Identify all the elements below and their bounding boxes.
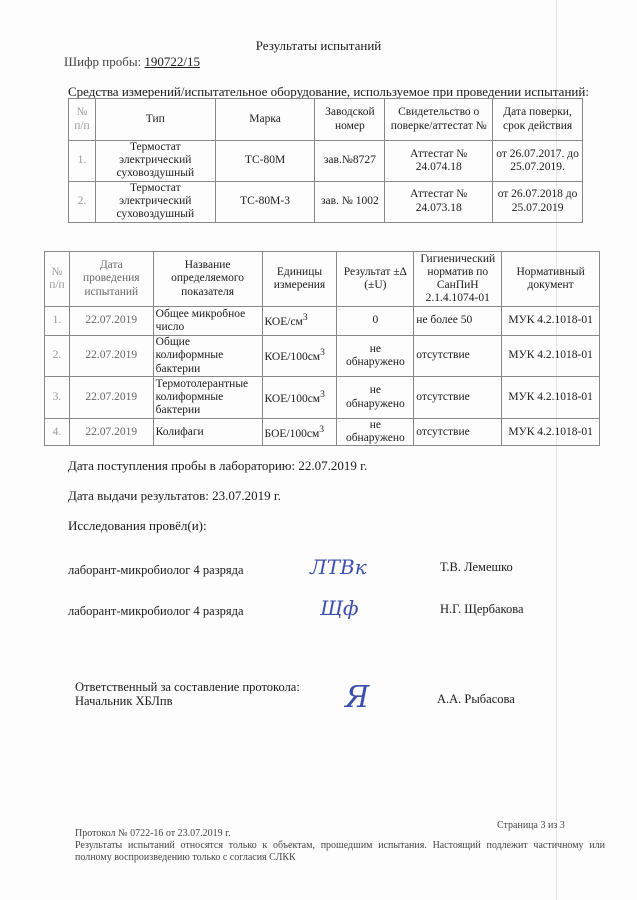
col-header: № п/п — [69, 99, 96, 141]
unit-text: БОЕ/100см — [265, 428, 320, 440]
cell-type: Термостат электрический суховоздушный — [95, 141, 215, 182]
page-number: Страница 3 из 3 — [497, 820, 565, 831]
cell-indicator: Термотолерантные колиформные бактерии — [153, 377, 262, 419]
issue-date: Дата выдачи результатов: 23.07.2019 г. — [68, 488, 281, 504]
equipment-table: № п/п Тип Марка Заводской номер Свидетел… — [68, 98, 583, 223]
protocol-number: Протокол № 0722-16 от 23.07.2019 г. — [75, 828, 231, 839]
cell-result: не обнаружено — [337, 336, 414, 377]
col-header: Заводской номер — [315, 99, 385, 141]
signatory-name: Н.Г. Щербакова — [440, 602, 524, 617]
table-row: 2. 22.07.2019 Общие колиформные бактерии… — [45, 336, 600, 377]
cell-date: 22.07.2019 — [69, 336, 153, 377]
cell-date: от 26.07.2017. до 25.07.2019. — [493, 141, 583, 182]
unit-text: КОЕ/100см — [265, 393, 321, 405]
cell-result: 0 — [337, 307, 414, 336]
cell-n: 2. — [45, 336, 70, 377]
col-header: Результат ±Δ (±U) — [337, 252, 414, 307]
document-title: Результаты испытаний — [0, 38, 637, 54]
cell-date: от 26.07.2018 до 25.07.2019 — [493, 181, 583, 222]
sample-cipher: Шифр пробы: 190722/15 — [64, 54, 200, 70]
results-header-row: № п/п Дата проведения испытаний Название… — [45, 252, 600, 307]
col-header: Единицы измерения — [262, 252, 337, 307]
table-row: 2. Термостат электрический суховоздушный… — [69, 181, 583, 222]
cell-brand: ТС-80М — [215, 141, 315, 182]
cell-n: 4. — [45, 419, 70, 446]
receipt-date: Дата поступления пробы в лабораторию: 22… — [68, 458, 367, 474]
cell-type: Термостат электрический суховоздушный — [95, 181, 215, 222]
cell-unit: КОЕ/см3 — [262, 307, 337, 336]
cell-brand: ТС-80М-3 — [215, 181, 315, 222]
cell-unit: БОЕ/100см3 — [262, 419, 337, 446]
responsible-name: А.А. Рыбасова — [437, 692, 515, 707]
cell-norm: не более 50 — [414, 307, 502, 336]
cell-n: 1. — [69, 141, 96, 182]
responsible-position: Начальник ХБЛпв — [75, 694, 173, 709]
col-header: Марка — [215, 99, 315, 141]
cell-serial: зав. № 1002 — [315, 181, 385, 222]
table-row: 1. Термостат электрический суховоздушный… — [69, 141, 583, 182]
signature-mark: Я — [345, 680, 369, 715]
cell-doc: МУК 4.2.1018-01 — [502, 336, 600, 377]
cell-indicator: Колифаги — [153, 419, 262, 446]
conducted-by-label: Исследования провёл(и): — [68, 518, 207, 534]
signature-mark: Щф — [320, 596, 358, 620]
cell-result: не обнаружено — [337, 377, 414, 419]
cell-date: 22.07.2019 — [69, 419, 153, 446]
cell-indicator: Общие колиформные бактерии — [153, 336, 262, 377]
cell-n: 1. — [45, 307, 70, 336]
responsible-label: Ответственный за составление протокола: — [75, 680, 300, 695]
col-header: № п/п — [45, 252, 70, 307]
cell-doc: МУК 4.2.1018-01 — [502, 419, 600, 446]
cell-date: 22.07.2019 — [69, 307, 153, 336]
signatory-name: Т.В. Лемешко — [440, 560, 513, 575]
unit-sup: 3 — [319, 424, 324, 435]
col-header: Нормативный документ — [502, 252, 600, 307]
cell-unit: КОЕ/100см3 — [262, 377, 337, 419]
cell-doc: МУК 4.2.1018-01 — [502, 307, 600, 336]
cell-unit: КОЕ/100см3 — [262, 336, 337, 377]
table-row: 4. 22.07.2019 Колифаги БОЕ/100см3 не обн… — [45, 419, 600, 446]
unit-sup: 3 — [320, 347, 325, 358]
col-header: Название определяемого показателя — [153, 252, 262, 307]
col-header: Дата поверки, срок действия — [493, 99, 583, 141]
col-header: Тип — [95, 99, 215, 141]
col-header: Дата проведения испытаний — [69, 252, 153, 307]
footer-note: Результаты испытаний относятся только к … — [75, 840, 605, 864]
table-row: 1. 22.07.2019 Общее микробное число КОЕ/… — [45, 307, 600, 336]
cell-n: 3. — [45, 377, 70, 419]
cell-n: 2. — [69, 181, 96, 222]
signature-mark: ЛТВк — [310, 555, 367, 579]
table-row: 3. 22.07.2019 Термотолерантные колиформн… — [45, 377, 600, 419]
unit-sup: 3 — [320, 389, 325, 400]
cell-norm: отсутствие — [414, 419, 502, 446]
cell-result: не обнаружено — [337, 419, 414, 446]
col-header: Гигиенический норматив по СанПиН 2.1.4.1… — [414, 252, 502, 307]
equipment-header-row: № п/п Тип Марка Заводской номер Свидетел… — [69, 99, 583, 141]
cell-doc: МУК 4.2.1018-01 — [502, 377, 600, 419]
cell-serial: зав.№8727 — [315, 141, 385, 182]
signatory-position: лаборант-микробиолог 4 разряда — [68, 563, 244, 578]
unit-sup: 3 — [303, 312, 308, 323]
cell-cert: Аттестат № 24.073.18 — [385, 181, 493, 222]
cell-date: 22.07.2019 — [69, 377, 153, 419]
unit-text: КОЕ/100см — [265, 351, 321, 363]
cell-cert: Аттестат № 24.074.18 — [385, 141, 493, 182]
cell-norm: отсутствие — [414, 336, 502, 377]
cell-norm: отсутствие — [414, 377, 502, 419]
cipher-value: 190722/15 — [144, 54, 200, 69]
cipher-label: Шифр пробы: — [64, 54, 141, 69]
results-table: № п/п Дата проведения испытаний Название… — [44, 251, 600, 446]
cell-indicator: Общее микробное число — [153, 307, 262, 336]
unit-text: КОЕ/см — [265, 316, 303, 328]
signatory-position: лаборант-микробиолог 4 разряда — [68, 604, 244, 619]
col-header: Свидетельство о поверке/аттестат № — [385, 99, 493, 141]
